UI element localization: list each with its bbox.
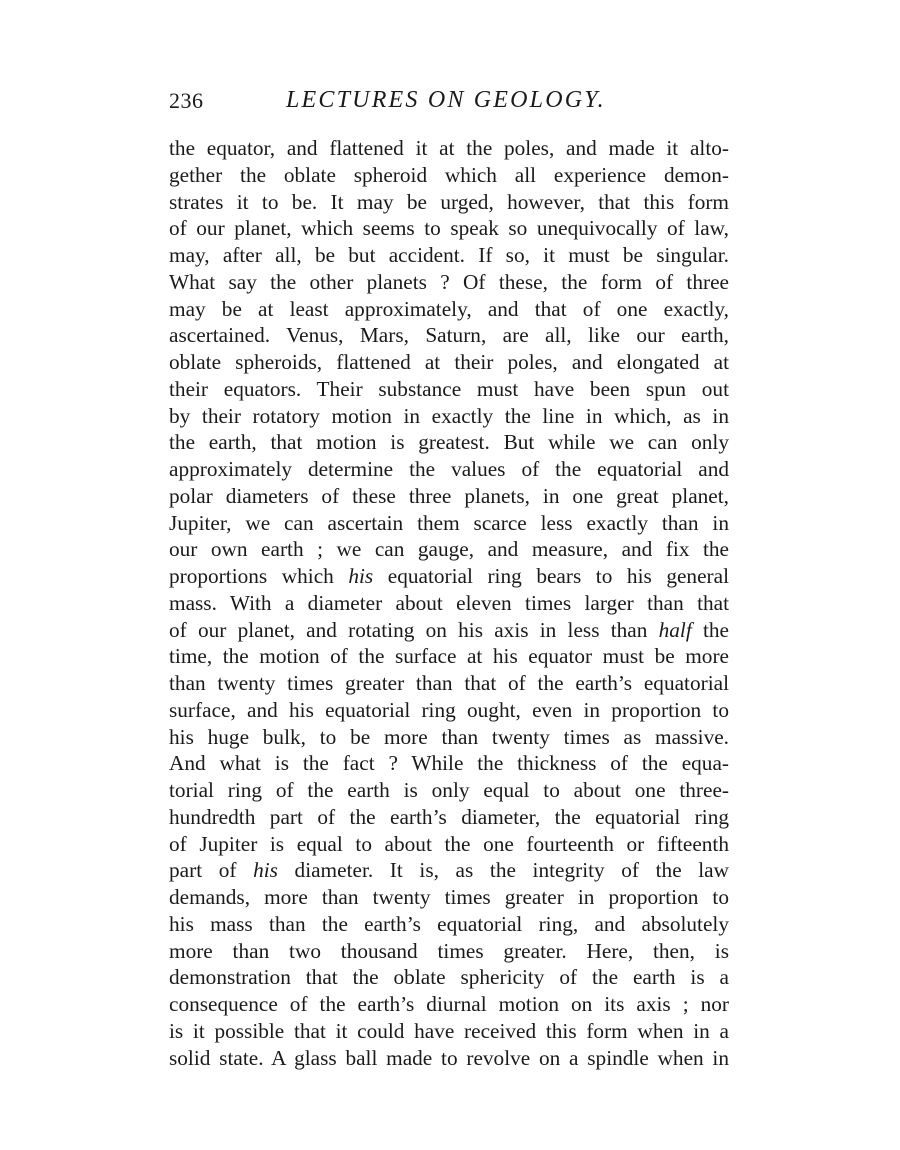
text-line: his mass than the earth’s equatorial rin… [169, 911, 729, 938]
text-line: than twenty times greater than that of t… [169, 670, 729, 697]
italic-emphasis: his [253, 858, 278, 882]
text-line: of our planet, which seems to speak so u… [169, 215, 729, 242]
text-line: hundredth part of the earth’s diameter, … [169, 804, 729, 831]
body-text: the equator, and flattened it at the pol… [169, 135, 729, 1071]
page-number: 236 [169, 88, 204, 114]
text-line: their equators. Their substance must hav… [169, 376, 729, 403]
text-line: demands, more than twenty times greater … [169, 884, 729, 911]
running-head: 236 LECTURES ON GEOLOGY. [169, 88, 729, 120]
text-line: time, the motion of the surface at his e… [169, 643, 729, 670]
text-line: gether the oblate spheroid which all exp… [169, 162, 729, 189]
running-title: LECTURES ON GEOLOGY. [286, 87, 606, 114]
text-line: surface, and his equatorial ring ought, … [169, 697, 729, 724]
text-line: proportions which his equatorial ring be… [169, 563, 729, 590]
text-run: equatorial ring bears to his general [373, 564, 729, 588]
text-line: mass. With a diameter about eleven times… [169, 590, 729, 617]
text-run: diameter. It is, as the integrity of the… [278, 858, 729, 882]
text-line: demonstration that the oblate sphericity… [169, 964, 729, 991]
text-line: What say the other planets ? Of these, t… [169, 269, 729, 296]
text-line: of Jupiter is equal to about the one fou… [169, 831, 729, 858]
text-line: the earth, that motion is greatest. But … [169, 429, 729, 456]
text-line: the equator, and flattened it at the pol… [169, 135, 729, 162]
text-run: the [692, 618, 729, 642]
text-line: ascertained. Venus, Mars, Saturn, are al… [169, 322, 729, 349]
italic-emphasis: half [659, 618, 692, 642]
text-line: oblate spheroids, flattened at their pol… [169, 349, 729, 376]
text-line: And what is the fact ? While the thickne… [169, 750, 729, 777]
text-line: consequence of the earth’s diurnal motio… [169, 991, 729, 1018]
text-line: more than two thousand times greater. He… [169, 938, 729, 965]
text-line: of our planet, and rotating on his axis … [169, 617, 729, 644]
text-line: torial ring of the earth is only equal t… [169, 777, 729, 804]
text-line: may, after all, be but accident. If so, … [169, 242, 729, 269]
text-run: part of [169, 858, 253, 882]
text-run: proportions which [169, 564, 348, 588]
text-line: solid state. A glass ball made to revolv… [169, 1045, 729, 1072]
text-line: his huge bulk, to be more than twenty ti… [169, 724, 729, 751]
text-line: part of his diameter. It is, as the inte… [169, 857, 729, 884]
text-line: is it possible that it could have receiv… [169, 1018, 729, 1045]
text-line: may be at least approximately, and that … [169, 296, 729, 323]
book-page: 236 LECTURES ON GEOLOGY. the equator, an… [0, 0, 900, 1150]
text-run: of our planet, and rotating on his axis … [169, 618, 659, 642]
text-line: strates it to be. It may be urged, howev… [169, 189, 729, 216]
text-line: Jupiter, we can ascertain them scarce le… [169, 510, 729, 537]
text-line: polar diameters of these three planets, … [169, 483, 729, 510]
italic-emphasis: his [348, 564, 373, 588]
text-line: by their rotatory motion in exactly the … [169, 403, 729, 430]
text-line: approximately determine the values of th… [169, 456, 729, 483]
text-line: our own earth ; we can gauge, and measur… [169, 536, 729, 563]
